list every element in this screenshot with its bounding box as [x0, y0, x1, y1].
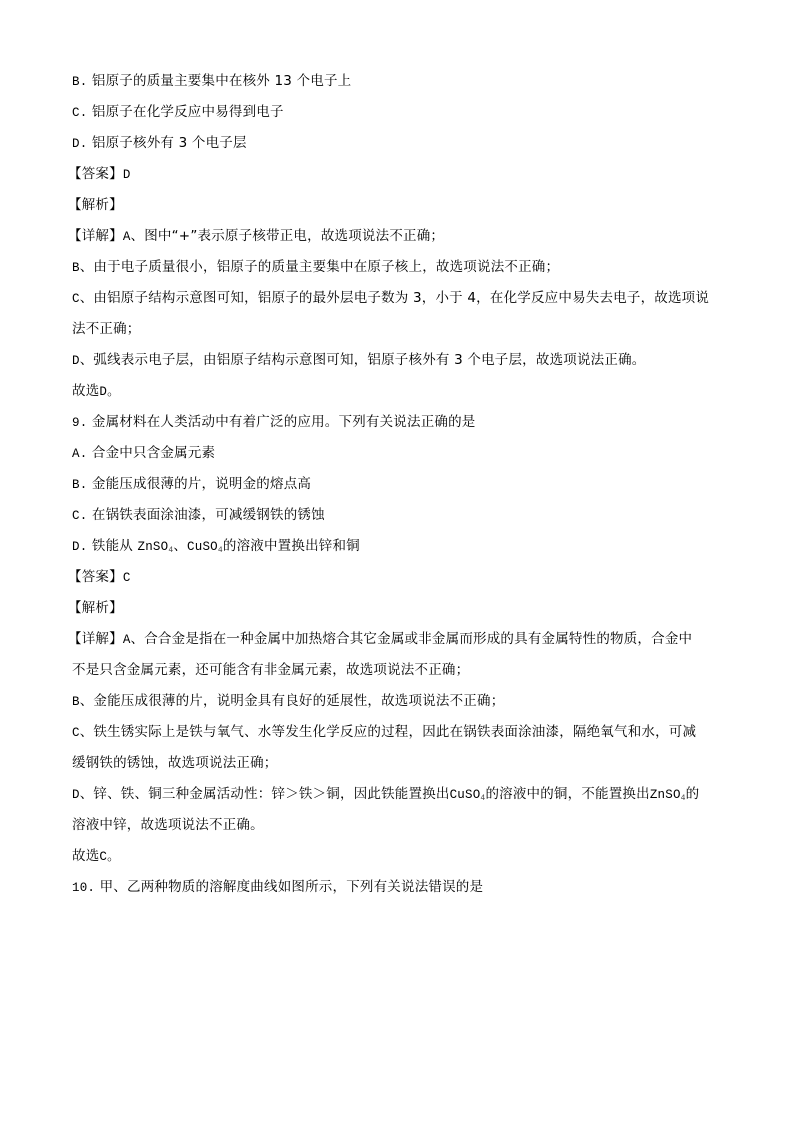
- detail-text: 不是只含金属元素，还可能含有非金属元素，故选项说法不正确；: [72, 662, 469, 678]
- option-text: 在锅铁表面涂油漆，可减缓钢铁的锈蚀: [92, 507, 325, 523]
- detail-text: 溶液中锌，故选项说法不正确。: [72, 817, 264, 833]
- detail-prefix: C: [72, 292, 80, 306]
- question-stem: 甲、乙两种物质的溶解度曲线如图所示，下列有关说法错误的是: [100, 879, 484, 895]
- formula-znso4: ZnSO4: [650, 788, 686, 802]
- q8-answer: 【答案】D: [72, 159, 720, 190]
- q8-option-c: C. 铝原子在化学反应中易得到电子: [72, 97, 720, 128]
- detail-text: 、由于电子质量很小，铝原子的质量主要集中在原子核上，故选项说法不正确；: [80, 259, 560, 275]
- q9-option-a: A. 合金中只含金属元素: [72, 438, 720, 469]
- q9-option-d: D. 铁能从 ZnSO4、CuSO4的溶液中置换出锌和铜: [72, 531, 720, 562]
- q9-option-b: B. 金能压成很薄的片，说明金的熔点高: [72, 469, 720, 500]
- detail-text: 、铁生锈实际上是铁与氧气、水等发生化学反应的过程，因此在锅铁表面涂油漆，隔绝氧气…: [80, 724, 697, 740]
- document-page: B. 铝原子的质量主要集中在核外 13 个电子上 C. 铝原子在化学反应中易得到…: [72, 66, 720, 903]
- q8-detail-a: 【详解】A、图中“+”表示原子核带正电，故选项说法不正确；: [72, 221, 720, 252]
- option-text: 铝原子核外有 3 个电子层: [92, 135, 247, 151]
- formula-base: CuSO: [187, 540, 218, 554]
- q9-detail-c-line1: C、铁生锈实际上是铁与氧气、水等发生化学反应的过程，因此在锅铁表面涂油漆，隔绝氧…: [72, 717, 720, 748]
- q9-detail-d-line2: 溶液中锌，故选项说法不正确。: [72, 810, 720, 841]
- q8-option-b: B. 铝原子的质量主要集中在核外 13 个电子上: [72, 66, 720, 97]
- formula-znso4: ZnSO4: [138, 540, 174, 554]
- q8-option-d: D. 铝原子核外有 3 个电子层: [72, 128, 720, 159]
- q8-detail-c-line1: C、由铝原子结构示意图可知，铝原子的最外层电子数为 3，小于 4，在化学反应中易…: [72, 283, 720, 314]
- option-letter: B.: [72, 75, 87, 89]
- conclusion-prefix: 故选: [72, 848, 99, 864]
- option-letter: A.: [72, 447, 87, 461]
- q8-detail-b: B、由于电子质量很小，铝原子的质量主要集中在原子核上，故选项说法不正确；: [72, 252, 720, 283]
- option-text: 合金中只含金属元素: [92, 445, 215, 461]
- detail-text: 、由铝原子结构示意图可知，铝原子的最外层电子数为 3，小于 4，在化学反应中易失…: [80, 290, 709, 306]
- formula-base: ZnSO: [138, 540, 169, 554]
- answer-value: C: [123, 571, 131, 585]
- formula-cuso4: CuSO4: [450, 788, 486, 802]
- q9-detail-d-line1: D、锌、铁、铜三种金属活动性：锌＞铁＞铜，因此铁能置换出CuSO4的溶液中的铜，…: [72, 779, 720, 810]
- q9-analysis-heading: 【解析】: [72, 593, 720, 624]
- analysis-label: 【解析】: [68, 197, 123, 213]
- detail-text: 、合合金是指在一种金属中加热熔合其它金属或非金属而形成的具有金属特性的物质，合金…: [131, 631, 693, 647]
- detail-prefix: D: [72, 788, 80, 802]
- q10-stem: 10. 甲、乙两种物质的溶解度曲线如图所示，下列有关说法错误的是: [72, 872, 720, 903]
- answer-value: D: [123, 168, 131, 182]
- option-letter: C.: [72, 509, 87, 523]
- answer-label: 【答案】: [68, 569, 123, 585]
- detail-prefix: B: [72, 261, 80, 275]
- q8-detail-d: D、弧线表示电子层，由铝原子结构示意图可知，铝原子核外有 3 个电子层，故选项说…: [72, 345, 720, 376]
- option-text: 铁能从: [92, 538, 133, 554]
- q9-detail-c-line2: 缓钢铁的锈蚀，故选项说法正确；: [72, 748, 720, 779]
- detail-label: 【详解】: [68, 228, 123, 244]
- option-text: 金能压成很薄的片，说明金的熔点高: [92, 476, 311, 492]
- detail-prefix: A: [123, 230, 131, 244]
- q9-detail-a-line1: 【详解】A、合合金是指在一种金属中加热熔合其它金属或非金属而形成的具有金属特性的…: [72, 624, 720, 655]
- detail-text: 、图中“+”表示原子核带正电，故选项说法不正确；: [131, 228, 445, 244]
- question-stem: 金属材料在人类活动中有着广泛的应用。下列有关说法正确的是: [92, 414, 476, 430]
- formula-cuso4: CuSO4: [187, 540, 223, 554]
- detail-text: 、锌、铁、铜三种金属活动性：锌＞铁＞铜，因此铁能置换出: [80, 786, 450, 802]
- q9-stem: 9. 金属材料在人类活动中有着广泛的应用。下列有关说法正确的是: [72, 407, 720, 438]
- option-letter: D.: [72, 540, 87, 554]
- detail-prefix: C: [72, 726, 80, 740]
- q8-conclusion: 故选D。: [72, 376, 720, 407]
- q8-detail-c-line2: 法不正确；: [72, 314, 720, 345]
- q9-conclusion: 故选C。: [72, 841, 720, 872]
- q8-analysis-heading: 【解析】: [72, 190, 720, 221]
- option-text: 铝原子的质量主要集中在核外 13 个电子上: [92, 73, 351, 89]
- option-text: 铝原子在化学反应中易得到电子: [92, 104, 284, 120]
- detail-prefix: A: [123, 633, 131, 647]
- detail-text: 的溶液中的铜，不能置换出: [485, 786, 649, 802]
- option-letter: D.: [72, 137, 87, 151]
- detail-text: 缓钢铁的锈蚀，故选项说法正确；: [72, 755, 278, 771]
- conclusion-value: C。: [99, 850, 119, 864]
- question-number: 9.: [72, 416, 87, 430]
- detail-label: 【详解】: [68, 631, 123, 647]
- option-letter: B.: [72, 478, 87, 492]
- answer-label: 【答案】: [68, 166, 123, 182]
- q9-detail-a-line2: 不是只含金属元素，还可能含有非金属元素，故选项说法不正确；: [72, 655, 720, 686]
- q9-answer: 【答案】C: [72, 562, 720, 593]
- option-letter: C.: [72, 106, 87, 120]
- option-text: 的溶液中置换出锌和铜: [223, 538, 360, 554]
- q9-detail-b: B、金能压成很薄的片，说明金具有良好的延展性，故选项说法不正确；: [72, 686, 720, 717]
- conclusion-prefix: 故选: [72, 383, 99, 399]
- detail-prefix: D: [72, 354, 80, 368]
- q9-option-c: C. 在锅铁表面涂油漆，可减缓钢铁的锈蚀: [72, 500, 720, 531]
- formula-base: ZnSO: [650, 788, 681, 802]
- analysis-label: 【解析】: [68, 600, 123, 616]
- detail-text: 、弧线表示电子层，由铝原子结构示意图可知，铝原子核外有 3 个电子层，故选项说法…: [80, 352, 646, 368]
- formula-base: CuSO: [450, 788, 481, 802]
- question-number: 10.: [72, 881, 95, 895]
- detail-prefix: B: [72, 695, 80, 709]
- detail-text: 法不正确；: [72, 321, 141, 337]
- conclusion-value: D。: [99, 385, 119, 399]
- detail-text: 、金能压成很薄的片，说明金具有良好的延展性，故选项说法不正确；: [80, 693, 505, 709]
- detail-text: 的: [686, 786, 700, 802]
- separator: 、: [173, 538, 187, 554]
